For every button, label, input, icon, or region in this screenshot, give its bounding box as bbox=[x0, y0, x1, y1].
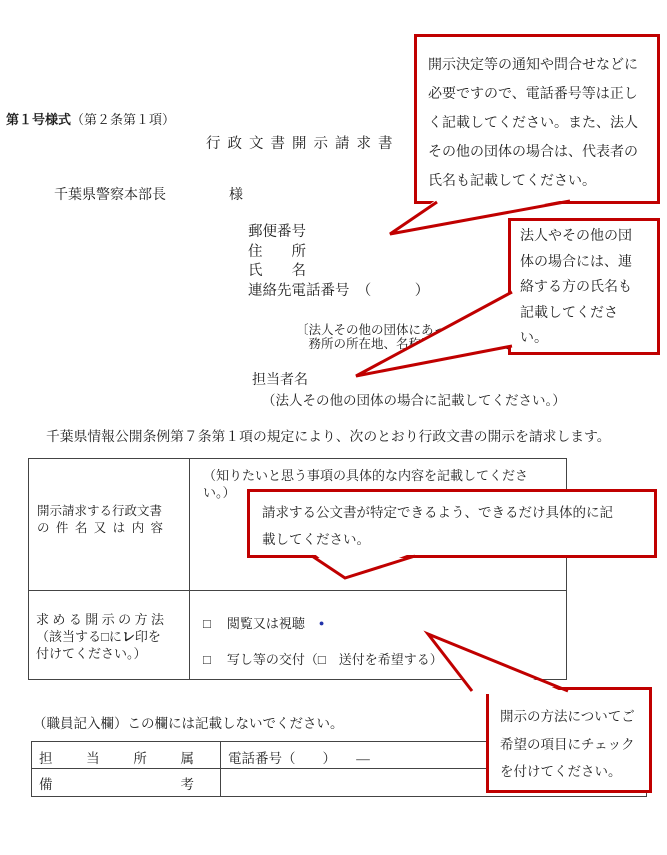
staff-table-column-divider bbox=[220, 742, 221, 796]
intro-sentence: 千葉県情報公開条例第７条第１項の規定により、次のとおり行政文書の開示を請求します… bbox=[46, 425, 611, 445]
address-label: 住 所 bbox=[248, 240, 306, 261]
callout-be-specific: 請求する公文書が特定できるよう、できるだけ具体的に記 載してください。 bbox=[247, 489, 657, 558]
callout-method-check: 開示の方法についてご 希望の項目にチェック を付けてください。 bbox=[486, 687, 652, 793]
page-title: 行政文書開示請求書 bbox=[206, 132, 400, 153]
form-number-sub: （第２条第１項） bbox=[71, 112, 175, 127]
staff-entry-note: （職員記入欄）この欄には記載しないでください。 bbox=[33, 712, 344, 732]
addressee-honorific: 様 bbox=[229, 184, 243, 204]
staff-phone-value: 電話番号（ ） ― bbox=[228, 747, 370, 767]
option-copy-line: □写し等の交付（□ 送付を希望する） bbox=[203, 649, 443, 668]
form-number: 第１号様式（第２条第１項） bbox=[6, 109, 175, 128]
department-label: 担当所属 bbox=[39, 747, 194, 767]
copy-checkbox: □ bbox=[203, 652, 211, 668]
callout-phone-instruction: 開示決定等の通知や問合せなどに 必要ですので、電話番号等は正し く記載してくださ… bbox=[414, 34, 660, 204]
option-copy-label: 写し等の交付（□ 送付を希望する） bbox=[227, 652, 443, 667]
form-number-main: 第１号様式 bbox=[6, 112, 71, 127]
postal-code-label: 郵便番号 bbox=[248, 220, 306, 241]
phone-label: 連絡先電話番号 （ ） ― bbox=[248, 279, 524, 300]
request-table-row-divider bbox=[29, 590, 566, 591]
blue-bullet-dot: ● bbox=[319, 618, 324, 628]
method-note-line3: 付けてください。） bbox=[36, 645, 164, 662]
method-note-pre: （該当する□に bbox=[36, 629, 122, 644]
remarks-label: 備考 bbox=[39, 773, 194, 793]
subject-header-line2: の件名又は内容 bbox=[37, 520, 163, 537]
method-header-line1: 求める開示の方法 bbox=[36, 611, 164, 628]
name-label: 氏 名 bbox=[248, 259, 306, 280]
subject-header-cell: 開示請求する行政文書の件名又は内容 bbox=[37, 503, 163, 537]
method-note-post: 印を bbox=[135, 629, 161, 644]
request-table-column-divider bbox=[189, 459, 190, 679]
method-note-line2: （該当する□にレ印を bbox=[36, 628, 164, 645]
contact-person-note: （法人その他の団体の場合に記載してください。） bbox=[262, 389, 566, 409]
option-view-line: □閲覧又は視聴● bbox=[203, 613, 324, 632]
contact-person-label: 担当者名 bbox=[252, 369, 308, 389]
option-view-label: 閲覧又は視聴 bbox=[227, 616, 305, 631]
form-page: 第１号様式（第２条第１項） 行政文書開示請求書 千葉県警察本部長 様 郵便番号 … bbox=[0, 0, 667, 855]
addressee: 千葉県警察本部長 bbox=[54, 184, 166, 204]
check-mark-glyph: レ bbox=[122, 629, 135, 644]
view-checkbox: □ bbox=[203, 616, 211, 632]
callout-corporation-contact: 法人やその他の団 体の場合には、連 絡する方の氏名も 記載してくださ い。 bbox=[508, 218, 660, 355]
method-options-cell: □閲覧又は視聴● □写し等の交付（□ 送付を希望する） bbox=[203, 607, 553, 671]
subject-header-line1: 開示請求する行政文書 bbox=[37, 503, 163, 520]
method-header-cell: 求める開示の方法（該当する□にレ印を付けてください。） bbox=[36, 611, 164, 662]
